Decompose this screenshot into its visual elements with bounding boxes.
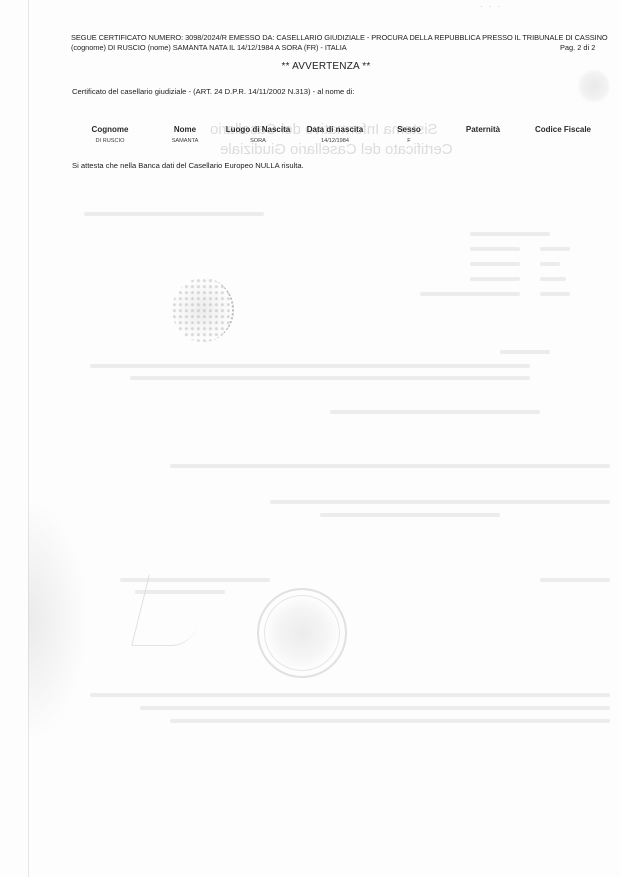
page-number: Pag. 2 di 2 [560, 43, 595, 52]
certificate-intro: Certificato del casellario giudiziale - … [72, 87, 354, 96]
column-sesso: Sesso F [386, 125, 432, 144]
column-header: Cognome [72, 125, 148, 134]
subject-line: (cognome) DI RUSCIO (nome) SAMANTA NATA … [71, 43, 347, 52]
bleed-through-line [470, 262, 520, 266]
bleed-through-line [540, 578, 610, 582]
column-luogo-nascita: Luogo di Nascita SORA [222, 125, 294, 144]
official-seal-bleed-through [257, 588, 347, 678]
scan-edge [28, 0, 29, 877]
bleed-through-line [470, 277, 520, 281]
column-header: Sesso [386, 125, 432, 134]
bleed-through-line [540, 277, 566, 281]
column-nome: Nome SAMANTA [154, 125, 216, 144]
column-value: DI RUSCIO [72, 138, 148, 144]
bleed-through-line [84, 212, 264, 216]
certificate-header: SEGUE CERTIFICATO NUMERO: 3098/2024/R EM… [71, 33, 608, 42]
scan-marks: · · · [480, 2, 502, 11]
bleed-through-line [470, 247, 520, 251]
bleed-through-line [540, 247, 570, 251]
column-codice-fiscale: Codice Fiscale [528, 125, 598, 138]
bleed-through-line [170, 464, 610, 468]
bleed-through-line [270, 500, 610, 504]
bleed-through-line [470, 232, 550, 236]
column-header: Nome [154, 125, 216, 134]
bleed-through-line [140, 706, 610, 710]
republic-crest-icon [578, 68, 610, 104]
column-value: F [386, 138, 432, 144]
bleed-through-line [130, 376, 530, 380]
bleed-through-line [90, 693, 610, 697]
scan-shadow [28, 500, 88, 740]
column-value: 14/12/1984 [300, 138, 370, 144]
bleed-through-line [540, 262, 560, 266]
bleed-through-line [90, 364, 530, 368]
column-header: Luogo di Nascita [222, 125, 294, 134]
bleed-through-line [320, 513, 500, 517]
column-data-nascita: Data di nascita 14/12/1984 [300, 125, 370, 144]
stamp-bleed-through [172, 278, 234, 342]
certificate-page: · · · Sistema Informativo del Casellario… [0, 0, 620, 877]
attestation-statement: Si attesta che nella Banca dati del Case… [72, 161, 304, 170]
bleed-through-line [540, 292, 570, 296]
column-header: Codice Fiscale [528, 125, 598, 134]
column-value: SAMANTA [154, 138, 216, 144]
column-value: SORA [222, 138, 294, 144]
bleed-through-line [330, 410, 540, 414]
warning-title: ** AVVERTENZA ** [0, 61, 620, 72]
column-header: Paternità [458, 125, 508, 134]
column-header: Data di nascita [300, 125, 370, 134]
column-cognome: Cognome DI RUSCIO [72, 125, 148, 144]
column-paternita: Paternità [458, 125, 508, 138]
signature-bleed-through [131, 575, 210, 646]
bleed-through-line [420, 292, 520, 296]
bleed-through-line [500, 350, 550, 354]
bleed-through-line [170, 719, 610, 723]
